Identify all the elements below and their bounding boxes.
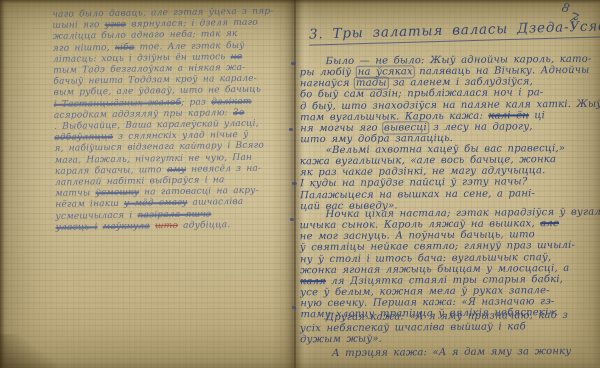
ink-speck xyxy=(292,306,296,309)
photo-edge-left xyxy=(0,0,5,368)
manuscript-photo: чаго было даваць, але гэтая ўцеха з пяр-… xyxy=(0,0,600,368)
right-page-paragraph-2: «Вельмі ахвотна хацеў бы вас правесці,»к… xyxy=(300,143,599,213)
page-number: 8 7 xyxy=(558,1,584,31)
right-page-paragraph-4: Другая кажа: «А я яму прызначаю, каб зус… xyxy=(300,310,598,346)
ink-speck xyxy=(292,182,297,185)
right-page-paragraph-3: Ночка ціхая настала; гэтак нарадзіўся ў … xyxy=(300,207,599,321)
ink-speck xyxy=(289,128,293,131)
page-corner-shadow xyxy=(0,334,56,368)
ink-speck xyxy=(290,218,294,221)
left-page-handwriting: чаго было даваць, але гэтая ўцеха з пяр-… xyxy=(52,6,295,234)
right-page-paragraph-1: Было — не было: Жыў аднойчы кароль, като… xyxy=(300,54,599,146)
photo-edge-top xyxy=(0,0,600,4)
ink-speck xyxy=(291,62,296,65)
